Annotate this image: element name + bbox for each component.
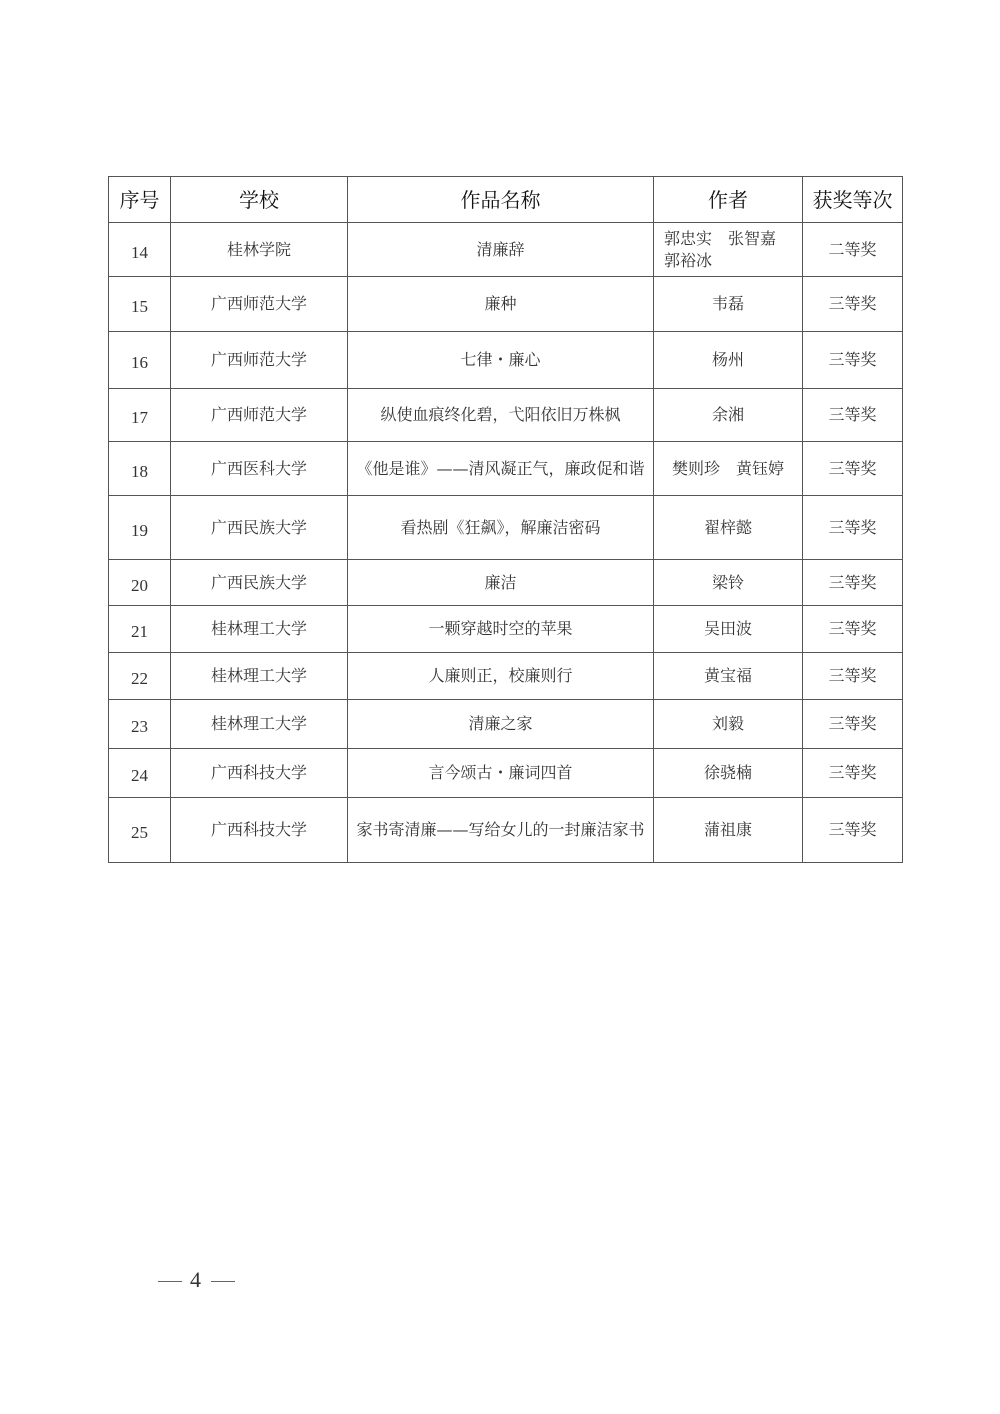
dash-left <box>158 1281 182 1282</box>
table-row: 16广西师范大学七律・廉心杨州三等奖 <box>109 332 903 389</box>
page-number-value: 4 <box>190 1267 203 1292</box>
cell-award: 三等奖 <box>803 653 903 700</box>
cell-award: 三等奖 <box>803 277 903 332</box>
cell-number: 20 <box>109 560 171 606</box>
table-row: 25广西科技大学家书寄清廉——写给女儿的一封廉洁家书蒲祖康三等奖 <box>109 798 903 863</box>
table-row: 17广西师范大学纵使血痕终化碧，弋阳依旧万株枫余湘三等奖 <box>109 389 903 442</box>
cell-author: 刘毅 <box>654 700 803 749</box>
award-table: 序号 学校 作品名称 作者 获奖等次 14桂林学院清廉辞郭忠实 张智嘉 郭裕冰二… <box>108 176 903 863</box>
cell-author: 余湘 <box>654 389 803 442</box>
cell-school: 广西科技大学 <box>171 749 348 798</box>
table-row: 20广西民族大学廉洁梁铃三等奖 <box>109 560 903 606</box>
cell-title: 廉洁 <box>348 560 654 606</box>
cell-award: 三等奖 <box>803 798 903 863</box>
cell-author: 翟梓懿 <box>654 496 803 560</box>
cell-award: 二等奖 <box>803 223 903 277</box>
page-number: 4 <box>150 1267 243 1293</box>
cell-school: 广西民族大学 <box>171 560 348 606</box>
cell-school: 广西师范大学 <box>171 277 348 332</box>
cell-author: 梁铃 <box>654 560 803 606</box>
cell-title: 《他是谁》——清风凝正气，廉政促和谐 <box>348 442 654 496</box>
cell-award: 三等奖 <box>803 700 903 749</box>
table-row: 21桂林理工大学一颗穿越时空的苹果吴田波三等奖 <box>109 606 903 653</box>
cell-award: 三等奖 <box>803 606 903 653</box>
cell-title: 一颗穿越时空的苹果 <box>348 606 654 653</box>
cell-number: 15 <box>109 277 171 332</box>
table-row: 23桂林理工大学清廉之家刘毅三等奖 <box>109 700 903 749</box>
cell-title: 廉种 <box>348 277 654 332</box>
cell-number: 19 <box>109 496 171 560</box>
cell-school: 广西医科大学 <box>171 442 348 496</box>
cell-number: 25 <box>109 798 171 863</box>
header-number: 序号 <box>109 177 171 223</box>
cell-number: 14 <box>109 223 171 277</box>
table-row: 15广西师范大学廉种韦磊三等奖 <box>109 277 903 332</box>
cell-school: 广西师范大学 <box>171 332 348 389</box>
cell-school: 广西民族大学 <box>171 496 348 560</box>
cell-author: 杨州 <box>654 332 803 389</box>
table-row: 22桂林理工大学人廉则正，校廉则行黄宝福三等奖 <box>109 653 903 700</box>
cell-school: 桂林理工大学 <box>171 606 348 653</box>
cell-author: 徐骁楠 <box>654 749 803 798</box>
cell-title: 人廉则正，校廉则行 <box>348 653 654 700</box>
cell-title: 清廉之家 <box>348 700 654 749</box>
header-school: 学校 <box>171 177 348 223</box>
table-row: 18广西医科大学《他是谁》——清风凝正气，廉政促和谐樊则珍 黄钰婷三等奖 <box>109 442 903 496</box>
cell-title: 家书寄清廉——写给女儿的一封廉洁家书 <box>348 798 654 863</box>
table-row: 19广西民族大学看热剧《狂飙》，解廉洁密码翟梓懿三等奖 <box>109 496 903 560</box>
cell-author: 黄宝福 <box>654 653 803 700</box>
cell-award: 三等奖 <box>803 496 903 560</box>
cell-school: 桂林理工大学 <box>171 700 348 749</box>
cell-school: 广西科技大学 <box>171 798 348 863</box>
cell-award: 三等奖 <box>803 389 903 442</box>
cell-author: 樊则珍 黄钰婷 <box>654 442 803 496</box>
table-header-row: 序号 学校 作品名称 作者 获奖等次 <box>109 177 903 223</box>
cell-title: 言今颂古・廉词四首 <box>348 749 654 798</box>
cell-title: 七律・廉心 <box>348 332 654 389</box>
cell-number: 21 <box>109 606 171 653</box>
cell-title: 纵使血痕终化碧，弋阳依旧万株枫 <box>348 389 654 442</box>
cell-school: 广西师范大学 <box>171 389 348 442</box>
cell-title: 看热剧《狂飙》，解廉洁密码 <box>348 496 654 560</box>
header-author: 作者 <box>654 177 803 223</box>
cell-author: 吴田波 <box>654 606 803 653</box>
cell-award: 三等奖 <box>803 332 903 389</box>
cell-school: 桂林学院 <box>171 223 348 277</box>
header-title: 作品名称 <box>348 177 654 223</box>
cell-author: 蒲祖康 <box>654 798 803 863</box>
table-body: 14桂林学院清廉辞郭忠实 张智嘉 郭裕冰二等奖15广西师范大学廉种韦磊三等奖16… <box>109 223 903 863</box>
cell-school: 桂林理工大学 <box>171 653 348 700</box>
cell-number: 18 <box>109 442 171 496</box>
cell-author: 韦磊 <box>654 277 803 332</box>
cell-award: 三等奖 <box>803 749 903 798</box>
cell-title: 清廉辞 <box>348 223 654 277</box>
cell-author: 郭忠实 张智嘉 郭裕冰 <box>654 223 803 277</box>
cell-award: 三等奖 <box>803 560 903 606</box>
dash-right <box>211 1281 235 1282</box>
cell-number: 17 <box>109 389 171 442</box>
cell-number: 24 <box>109 749 171 798</box>
header-award: 获奖等次 <box>803 177 903 223</box>
cell-number: 16 <box>109 332 171 389</box>
cell-award: 三等奖 <box>803 442 903 496</box>
table-row: 14桂林学院清廉辞郭忠实 张智嘉 郭裕冰二等奖 <box>109 223 903 277</box>
table-row: 24广西科技大学言今颂古・廉词四首徐骁楠三等奖 <box>109 749 903 798</box>
cell-number: 23 <box>109 700 171 749</box>
cell-number: 22 <box>109 653 171 700</box>
